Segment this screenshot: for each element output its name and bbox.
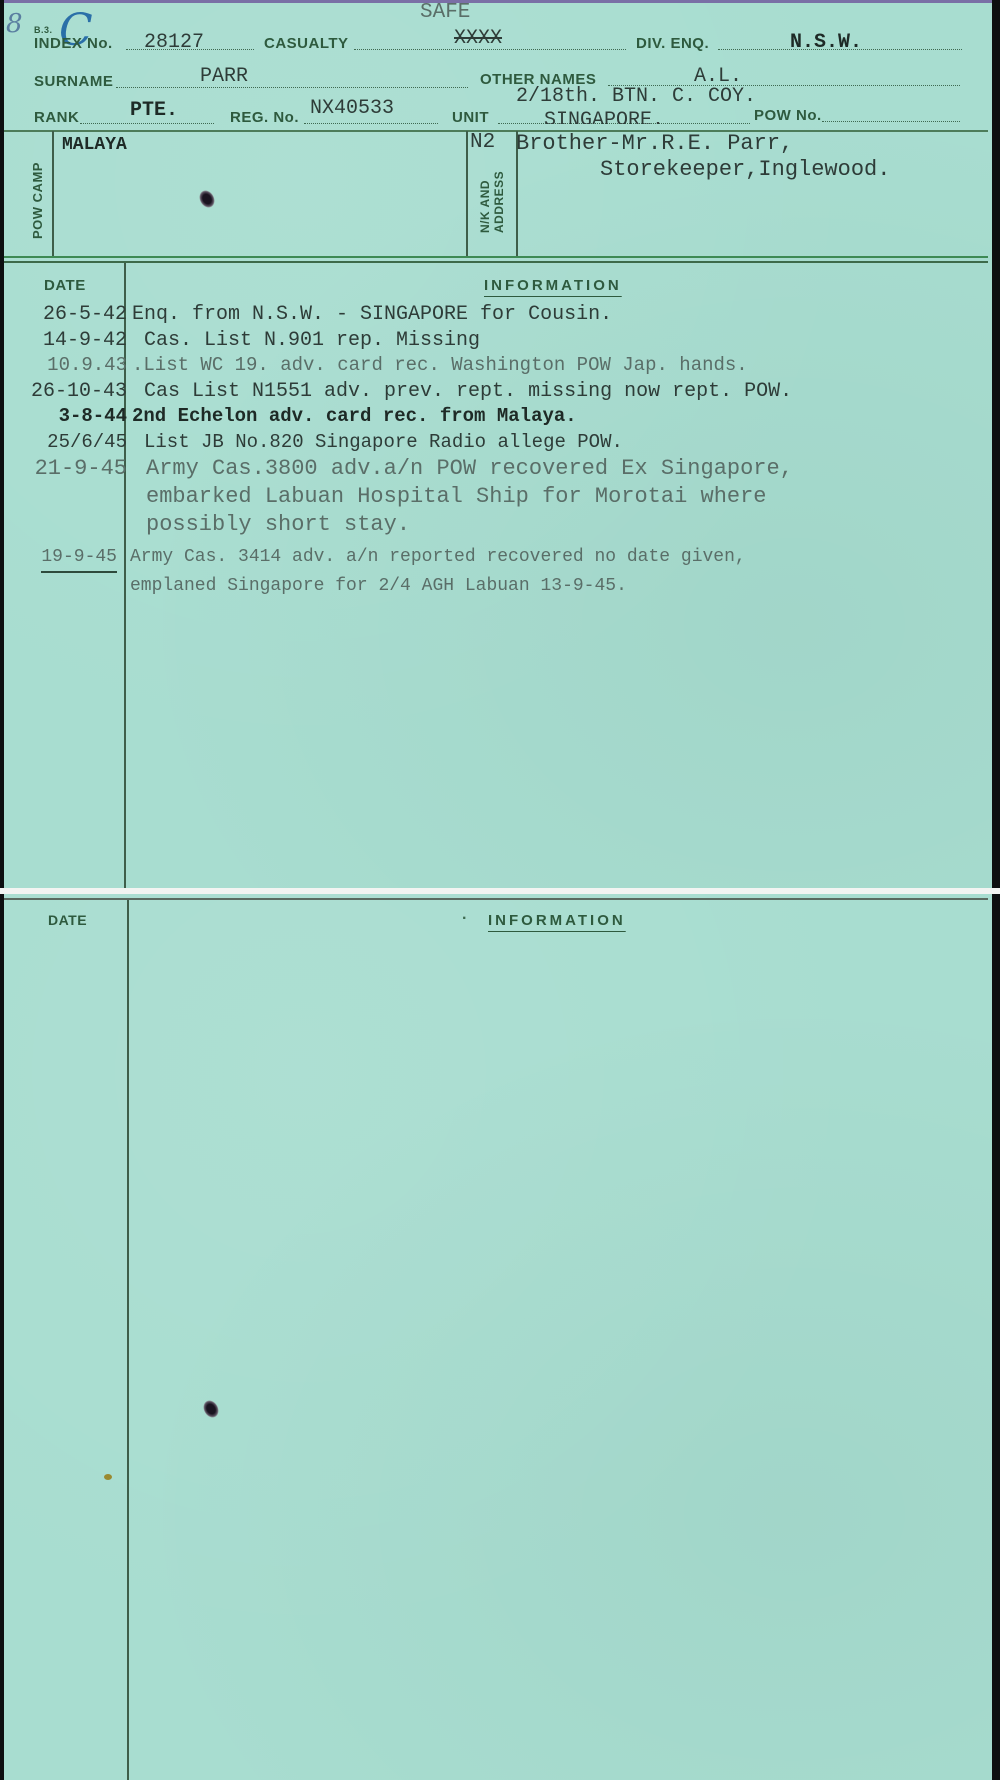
surname-line [116, 87, 468, 88]
back-date-header: DATE [48, 912, 87, 928]
surname-value: PARR [200, 65, 248, 88]
reg-no-value: NX40533 [310, 97, 394, 120]
entry-date: 21-9-45 [35, 456, 127, 481]
casualty-label: CASUALTY [264, 35, 349, 52]
entry-date: 14-9-42 [43, 329, 127, 352]
pow-camp-label: POW CAMP [30, 162, 45, 239]
table-row: 26-5-42Enq. from N.S.W. - SINGAPORE for … [4, 303, 992, 329]
entry-text: Army Cas. 3414 adv. a/n reported recover… [130, 547, 746, 567]
card-front: 8 C B.3. SAFE INDEX No. 28127 CASUALTY X… [4, 0, 992, 891]
pow-no-line [822, 121, 960, 122]
card-back: DATE · INFORMATION [4, 894, 992, 1780]
entry-date: 26-10-43 [31, 380, 127, 403]
entry-text: embarked Labuan Hospital Ship for Morota… [146, 484, 767, 509]
entry-text: Cas List N1551 adv. prev. rept. missing … [144, 380, 792, 403]
entry-text: possibly short stay. [146, 512, 410, 537]
back-date-column-divider [127, 900, 129, 1780]
table-row: 26-10-43Cas List N1551 adv. prev. rept. … [4, 380, 992, 406]
table-row: 21-9-45Army Cas.3800 adv.a/n POW recover… [4, 456, 992, 482]
stain [104, 1474, 112, 1480]
back-punch-hole [200, 1398, 221, 1421]
table-row: 3-8-442nd Echelon adv. card rec. from Ma… [4, 405, 992, 431]
back-information-header: INFORMATION [488, 912, 626, 929]
date-header: DATE [44, 277, 86, 294]
table-row: 25/6/45List JB No.820 Singapore Radio al… [4, 431, 992, 457]
surname-label: SURNAME [34, 73, 113, 90]
unit-value-line1: 2/18th. BTN. C. COY. [516, 85, 756, 108]
rank-line [80, 123, 214, 124]
index-no-label: INDEX No. [34, 35, 113, 52]
pow-no-label: POW No. [754, 107, 822, 124]
reg-no-label: REG. No. [230, 109, 299, 126]
div-enq-value: N.S.W. [790, 31, 862, 54]
entry-text: Enq. from N.S.W. - SINGAPORE for Cousin. [132, 303, 612, 326]
information-header: INFORMATION [484, 277, 622, 294]
nk-label-line2: ADDRESS [492, 171, 506, 233]
double-rule-bottom [4, 261, 988, 263]
entry-text: emplaned Singapore for 2/4 AGH Labuan 13… [130, 576, 627, 596]
table-row: 14-9-42Cas. List N.901 rep. Missing [4, 329, 992, 355]
reg-no-line [304, 123, 438, 124]
entry-text: .List WC 19. adv. card rec. Washington P… [132, 354, 748, 376]
entry-date: 10.9.43 [47, 354, 127, 376]
punch-hole [196, 188, 217, 211]
nk-code: N2 [470, 131, 495, 154]
entry-date: 3-8-44 [59, 405, 127, 427]
back-header-dot: · [462, 910, 468, 928]
pow-camp-value: MALAYA [62, 135, 127, 155]
rank-value: PTE. [130, 99, 178, 122]
entry-date: 25/6/45 [47, 431, 127, 453]
table-row: 10.9.43.List WC 19. adv. card rec. Washi… [4, 354, 992, 380]
unit-value-line2: SINGAPORE. [544, 109, 664, 132]
nk-label-line1: N/K AND [478, 180, 492, 233]
form-code: B.3. [34, 25, 53, 35]
entry-text: List JB No.820 Singapore Radio allege PO… [144, 431, 623, 453]
entry-text: Army Cas.3800 adv.a/n POW recovered Ex S… [146, 456, 793, 481]
table-row: 19-9-45Army Cas. 3414 adv. a/n reported … [4, 547, 992, 573]
rank-label: RANK [34, 109, 79, 126]
nk-divider-left [466, 131, 468, 257]
index-no-value: 28127 [144, 31, 204, 54]
entry-date: 19-9-45 [41, 547, 117, 573]
entry-text: 2nd Echelon adv. card rec. from Malaya. [132, 405, 577, 427]
nk-line2: Storekeeper,Inglewood. [600, 157, 890, 182]
casualty-value: XXXX [454, 27, 502, 50]
nk-line1: Brother-Mr.R.E. Parr, [516, 131, 793, 156]
entry-text: Cas. List N.901 rep. Missing [144, 329, 480, 352]
pow-camp-divider [52, 131, 54, 257]
div-enq-label: DIV. ENQ. [636, 35, 709, 52]
box-top-rule [4, 130, 988, 132]
back-top-rule [4, 898, 988, 900]
handwritten-mark-8: 8 [6, 9, 23, 39]
unit-label: UNIT [452, 109, 489, 126]
entry-date: 26-5-42 [43, 303, 127, 326]
double-rule-top [4, 256, 988, 258]
safe-stamp: SAFE [420, 1, 470, 24]
